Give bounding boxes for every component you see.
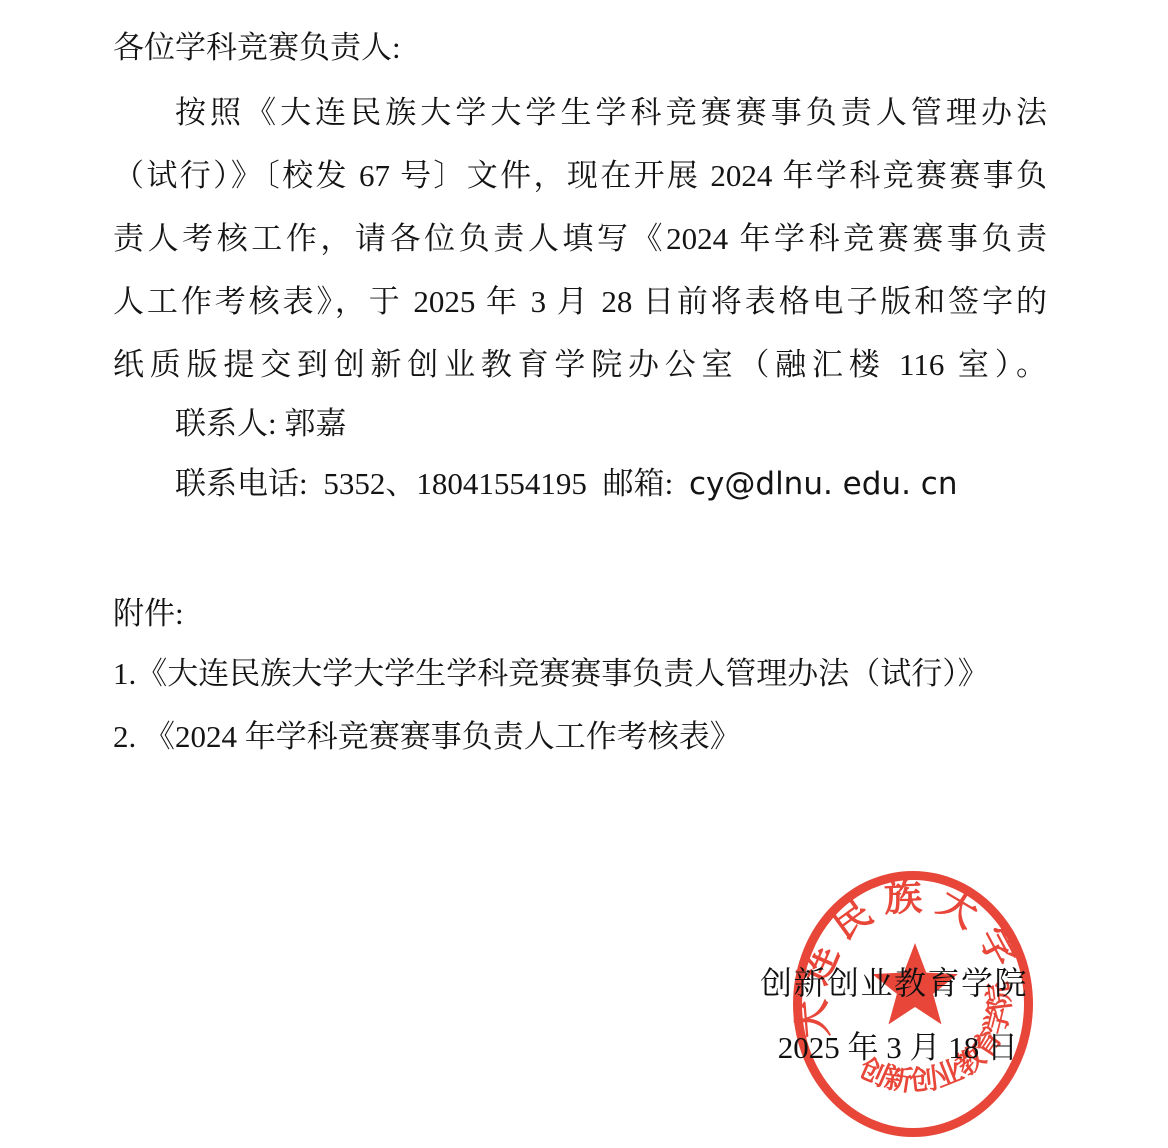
body-line-5: 纸质版提交到创新创业教育学院办公室（融汇楼 116 室）。 (113, 347, 1047, 383)
signature-date: 2025 年 3 月 18 日 (778, 1030, 1018, 1066)
contact-phone-numbers: 5352、18041554195 (323, 466, 587, 501)
document-page: 各位学科竞赛负责人: 按照《大连民族大学大学生学科竞赛赛事负责人管理办法 （试行… (0, 0, 1168, 1148)
contact-person-line: 联系人: 郭嘉 (113, 406, 1047, 442)
contact-phone-line: 联系电话: 5352、18041554195 邮箱: cy@dlnu. edu.… (113, 466, 1047, 502)
attachments-heading: 附件: (113, 596, 1047, 632)
contact-phone-label: 联系电话: (175, 466, 308, 501)
body-line-1: 按照《大连民族大学大学生学科竞赛赛事负责人管理办法 (113, 95, 1047, 131)
official-seal: 大连民族大学 创新创业教育学院 (780, 858, 1052, 1148)
contact-email-label: 邮箱: (603, 466, 674, 501)
signature-org: 创新创业教育学院 (760, 965, 1028, 1001)
body-line-3: 责人考核工作，请各位负责人填写《2024 年学科竞赛赛事负责 (113, 221, 1047, 257)
body-line-2: （试行）》〔校发 67 号〕文件，现在开展 2024 年学科竞赛赛事负 (113, 158, 1047, 194)
contact-email: cy@dlnu. edu. cn (689, 466, 957, 502)
salutation-line: 各位学科竞赛负责人: (113, 30, 1047, 66)
official-seal-graphic: 大连民族大学 创新创业教育学院 (780, 858, 1052, 1148)
body-line-4: 人工作考核表》，于 2025 年 3 月 28 日前将表格电子版和签字的 (113, 284, 1047, 320)
attachment-item-1: 1.《大连民族大学大学生学科竞赛赛事负责人管理办法（试行）》 (113, 656, 1047, 692)
attachment-item-2: 2. 《2024 年学科竞赛赛事负责人工作考核表》 (113, 719, 1047, 755)
